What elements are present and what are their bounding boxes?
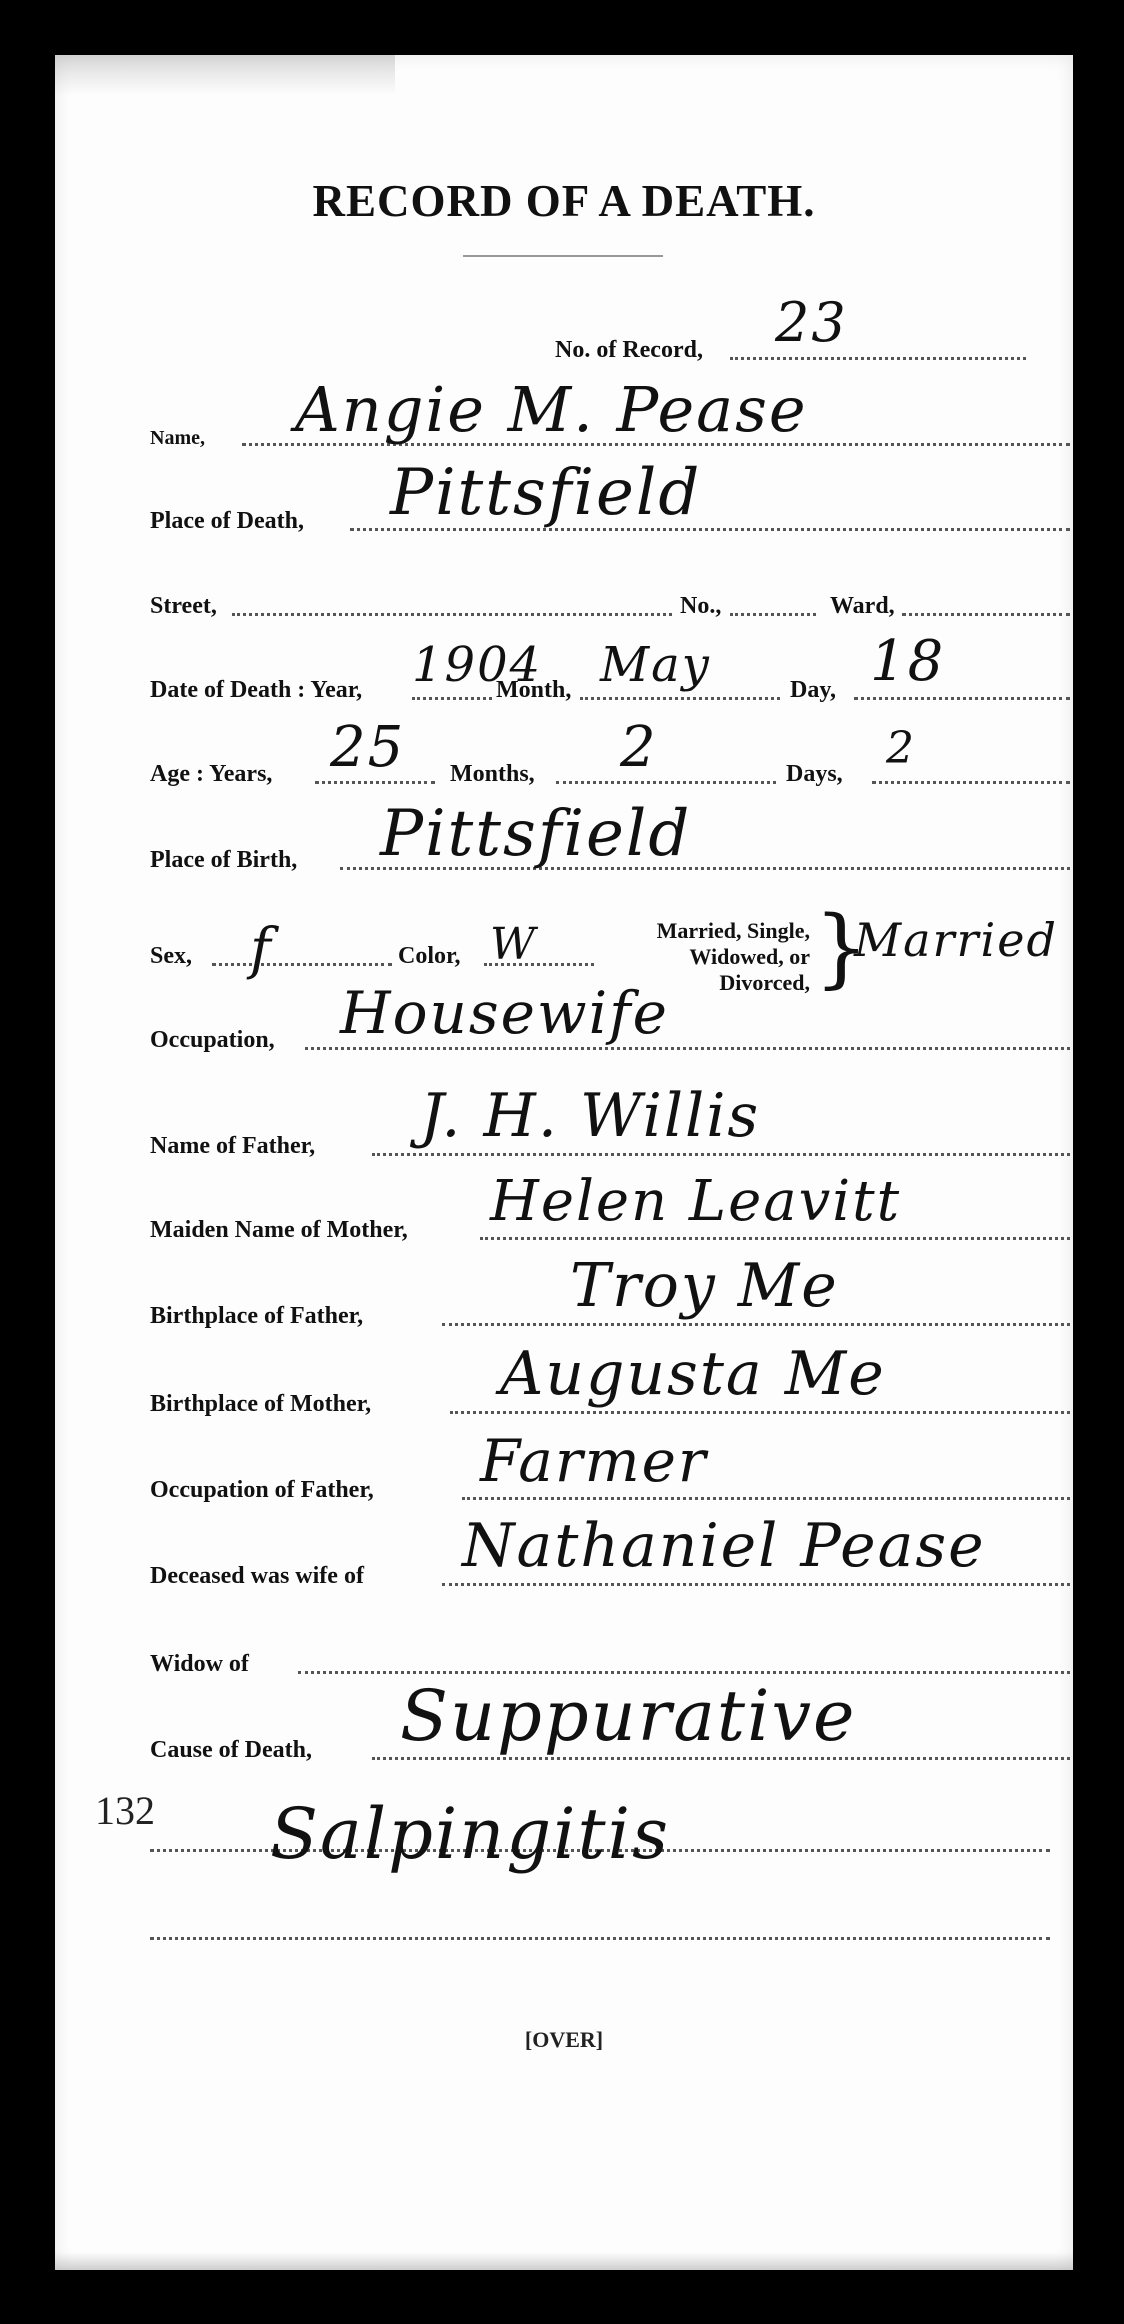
occupation-line [305, 1047, 1070, 1050]
sex-value: f [250, 917, 273, 982]
age-years-line [315, 781, 435, 784]
place-of-birth-label: Place of Birth, [150, 847, 297, 874]
death-day-value: 18 [870, 629, 945, 694]
age-years-value: 25 [330, 715, 405, 780]
form-title: RECORD OF A DEATH. [55, 175, 1073, 227]
mother-birthplace-line [450, 1411, 1070, 1414]
age-months-label: Months, [450, 761, 535, 788]
mother-birthplace-value: Augusta Me [500, 1339, 886, 1409]
sex-line [212, 963, 392, 966]
age-days-line [872, 781, 1070, 784]
mother-birthplace-label: Birthplace of Mother, [150, 1391, 371, 1418]
occupation-label: Occupation, [150, 1027, 275, 1054]
father-name-line [372, 1153, 1070, 1156]
occupation-value: Housewife [340, 979, 669, 1047]
marital-status-label-1: Married, Single, [620, 919, 810, 943]
wife-of-value: Nathaniel Pease [462, 1511, 986, 1581]
name-value: Angie M. Pease [295, 373, 808, 446]
record-no-label: No. of Record, [555, 337, 703, 364]
blank-line [150, 1937, 1050, 1940]
ward-line [902, 613, 1070, 616]
mother-maiden-name-value: Helen Leavitt [490, 1169, 901, 1234]
father-birthplace-line [442, 1323, 1070, 1326]
death-day-label: Day, [790, 677, 836, 704]
mother-maiden-name-label: Maiden Name of Mother, [150, 1217, 408, 1244]
record-no-line [730, 357, 1026, 360]
street-no-line [730, 613, 816, 616]
cause-of-death-line [372, 1757, 1070, 1760]
age-days-value: 2 [886, 723, 916, 774]
place-of-death-label: Place of Death, [150, 508, 304, 535]
death-year-label: Date of Death : Year, [150, 677, 362, 704]
name-label: Name, [150, 427, 205, 450]
father-name-label: Name of Father, [150, 1133, 315, 1160]
death-record-card: RECORD OF A DEATH. No. of Record, 23 Nam… [55, 55, 1073, 2270]
age-days-label: Days, [786, 761, 843, 788]
paper-edge-wear [55, 2252, 1073, 2270]
street-label: Street, [150, 593, 217, 620]
color-value: W [490, 919, 537, 970]
wife-of-label: Deceased was wife of [150, 1563, 364, 1590]
father-birthplace-label: Birthplace of Father, [150, 1303, 363, 1330]
street-line [232, 613, 672, 616]
father-occupation-line [462, 1497, 1070, 1500]
mother-maiden-name-line [480, 1237, 1070, 1240]
paper-edge-wear [55, 55, 395, 95]
father-name-value: J. H. Willis [420, 1081, 760, 1151]
death-year-line [412, 697, 492, 700]
age-months-line [556, 781, 776, 784]
age-years-label: Age : Years, [150, 761, 272, 788]
cause-of-death-value-1: Suppurative [400, 1675, 856, 1757]
death-month-label: Month, [496, 677, 571, 704]
age-months-value: 2 [620, 715, 658, 780]
widow-of-label: Widow of [150, 1651, 249, 1678]
widow-of-line [298, 1671, 1070, 1674]
place-of-death-value: Pittsfield [390, 456, 701, 530]
death-month-value: May [600, 637, 711, 693]
cause-of-death-label: Cause of Death, [150, 1737, 312, 1764]
over-footer: [OVER] [55, 2027, 1073, 2053]
street-no-label: No., [680, 593, 721, 620]
color-label: Color, [398, 943, 460, 970]
cause-of-death-value-2: Salpingitis [270, 1793, 670, 1875]
marital-status-value: Married [854, 913, 1058, 967]
place-of-birth-value: Pittsfield [380, 797, 691, 871]
record-no-value: 23 [775, 291, 848, 354]
father-birthplace-value: Troy Me [570, 1251, 839, 1321]
ward-label: Ward, [830, 593, 895, 620]
marital-status-label-2: Widowed, or [620, 945, 810, 969]
title-divider [463, 255, 663, 257]
stamp-number: 132 [95, 1787, 155, 1834]
wife-of-line [442, 1583, 1070, 1586]
death-day-line [854, 697, 1070, 700]
sex-label: Sex, [150, 943, 192, 970]
father-occupation-value: Farmer [480, 1427, 708, 1495]
father-occupation-label: Occupation of Father, [150, 1477, 374, 1504]
death-month-line [580, 697, 780, 700]
